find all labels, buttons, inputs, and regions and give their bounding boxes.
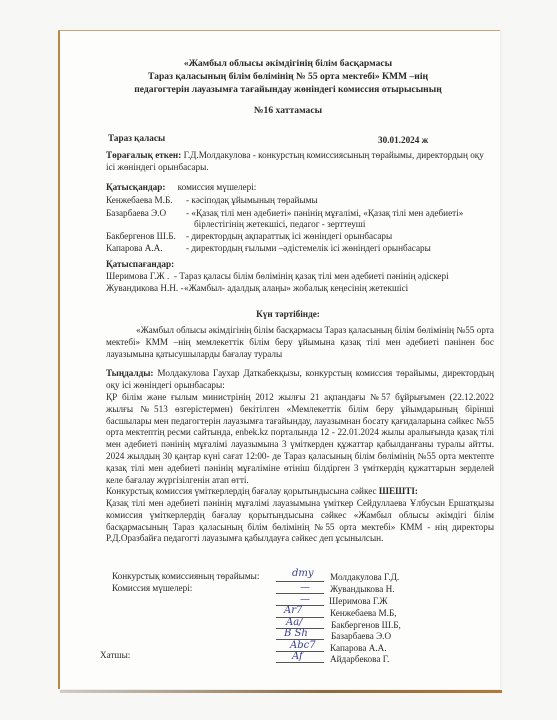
date: 30.01.2024 ж <box>378 135 428 147</box>
participants-label: Қатысқандар: <box>106 182 165 192</box>
absent-row: Шеримова Г.Ж .- Тараз қаласы білім бөлім… <box>106 271 449 283</box>
decision-text: Қазақ тілі мен әдебиеті пәнінің мұғалімі… <box>106 498 494 545</box>
chair-line-1: Төрағалық еткен: Г.Д.Молдакулова - конку… <box>106 150 484 162</box>
absent-row: Жувандикова Н.Н. -«Жамбыл- адалдық алаңы… <box>106 283 408 295</box>
header-line-3: педагогтерін лауазымға тағайындау жөнінд… <box>108 84 468 96</box>
header-line-1: «Жамбыл облысы әкімдігінің білім басқарм… <box>108 58 468 70</box>
participant-row: Базарбаева Э.О- «Қазақ тілі мен әдебиеті… <box>106 208 463 220</box>
handwritten-signature: Ar7 <box>284 605 302 616</box>
heard-label: Тыңдалды: <box>106 368 154 378</box>
city: Тараз қаласы <box>108 133 165 145</box>
participant-row: Капарова А.А.- директордың ғылыми –әдіст… <box>106 243 431 255</box>
handwritten-signature: Aa/ <box>286 617 303 628</box>
chair-line-2: ісі жөніндегі орынбасары. <box>106 162 209 174</box>
signatory-name: Бакбергенов Ш.Б, <box>331 620 401 632</box>
chair-label: Төрағалық еткен: <box>106 150 181 160</box>
header-line-2: Тараз қаласының білім бөлімінің № 55 орт… <box>108 71 468 83</box>
handwritten-signature: Abc7 <box>290 640 316 651</box>
participant-row: Бакбергенов Ш.Б.- директордың ақпараттық… <box>106 231 392 243</box>
protocol-number: №16 хаттамасы <box>108 105 468 117</box>
signatory-name: Кенжебаева М.Б, <box>330 608 397 620</box>
signatory-name: Шеримова Г.Ж <box>329 596 388 608</box>
heard-body: ҚР білім және ғылым министрінің 2012 жыл… <box>106 392 494 486</box>
chair-signature-label: Конкурстық комиссияның төрайымы: <box>112 571 259 583</box>
signatory-name: Жувандыкова Н. <box>330 584 395 596</box>
agenda-title: Күн тәртібінде: <box>108 309 468 321</box>
secretary-label: Хатшы: <box>100 650 130 662</box>
agenda-text: «Жамбыл облысы әкімдігінің білім басқарм… <box>106 325 494 360</box>
heard-intro: Тыңдалды: Молдакулова Гаухар Даткабекқыз… <box>106 368 494 392</box>
members-signature-label: Комиссия мүшелері: <box>112 583 192 595</box>
participant-row-continued: бірлестігінің жетекшісі, педагог - зертт… <box>194 219 365 231</box>
decision-keyword: ШЕШТІ: <box>379 486 418 496</box>
handwritten-signature: Af <box>292 651 303 662</box>
signature-line <box>276 662 324 663</box>
participant-row: Кенжебаева М.Б.- кәсіподақ ұйымының төра… <box>106 195 318 207</box>
participants-sublabel: комиссия мүшелері: <box>178 182 257 192</box>
handwritten-signature: — <box>300 594 310 605</box>
signatory-name: Молдакулова Г.Д. <box>330 572 399 584</box>
decision-intro: Конкурстық комиссия үміткерлердің бағала… <box>106 486 418 498</box>
handwritten-signature: B Sh <box>284 628 308 639</box>
chair-text: Г.Д.Молдакулова - конкурстың комиссиясын… <box>181 150 484 160</box>
handwritten-signature: — <box>300 582 310 593</box>
signatory-name: Капарова А.А. <box>330 643 387 655</box>
handwritten-signature: dmy <box>292 568 314 579</box>
signatory-name: Базарбаева Э.О <box>331 631 391 643</box>
participants-heading: Қатысқандар: комиссия мүшелері: <box>106 182 256 194</box>
signatory-name: Айдарбекова Г. <box>330 654 389 666</box>
absent-label: Қатыспағандар: <box>106 259 174 271</box>
